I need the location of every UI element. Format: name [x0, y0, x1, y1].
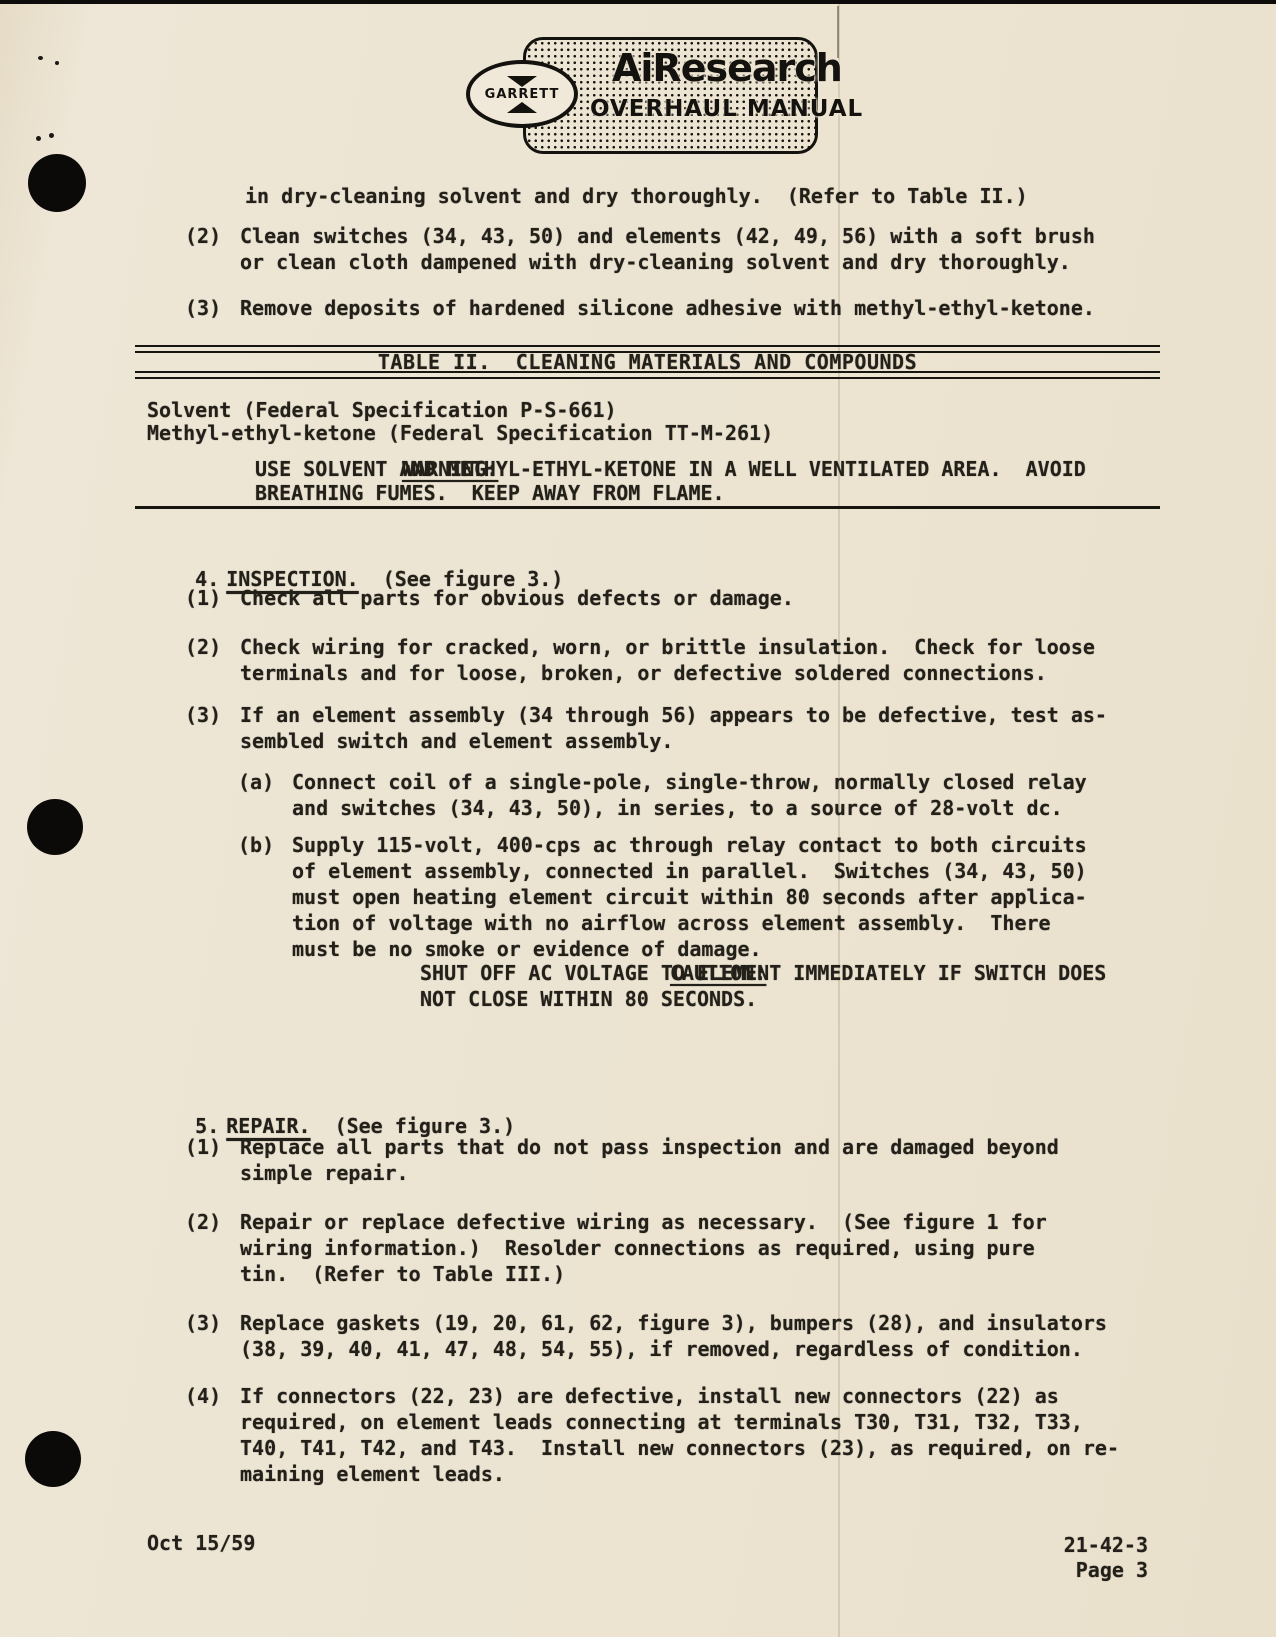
item-marker: (2): [185, 634, 221, 660]
item-marker: (1): [185, 1134, 221, 1160]
manual-page-scan: AiResearch OVERHAUL MANUAL GARRETT in dr…: [0, 0, 1276, 1637]
item-marker: (1): [185, 585, 221, 611]
footer-date: Oct 15/59: [147, 1530, 255, 1556]
item-marker: (2): [185, 1209, 221, 1235]
garrett-label: GARRETT: [485, 88, 560, 101]
table-row: Methyl-ethyl-ketone (Federal Specificati…: [147, 420, 773, 446]
list-item: (2) Check wiring for cracked, worn, or b…: [0, 634, 1276, 686]
item-marker: (2): [185, 223, 221, 249]
ink-speck: [55, 61, 59, 65]
ink-speck: [36, 136, 41, 141]
garrett-emblem: GARRETT: [466, 60, 578, 128]
list-item: (2) Clean switches (34, 43, 50) and elem…: [0, 223, 1276, 275]
footer-code: 21-42-3: [1064, 1532, 1148, 1558]
caution-label: CAUTION:: [670, 960, 766, 986]
list-item: (1) Replace all parts that do not pass i…: [0, 1134, 1276, 1186]
warning-label: WARNING:: [402, 457, 498, 481]
scan-top-edge: [0, 0, 1276, 4]
list-item: (3) If an element assembly (34 through 5…: [0, 702, 1276, 754]
table-rule-bottom: [135, 506, 1160, 509]
paragraph-continuation: in dry-cleaning solvent and dry thorough…: [0, 183, 1276, 209]
sub-list-item: (a) Connect coil of a single-pole, singl…: [0, 769, 1276, 821]
table-rule-mid: [135, 371, 1160, 379]
item-marker: (3): [185, 702, 221, 728]
item-marker: (3): [185, 295, 221, 321]
triangle-up-icon: [507, 102, 537, 113]
ink-speck: [38, 56, 43, 60]
triangle-down-icon: [507, 76, 537, 87]
logo-subtitle-text: OVERHAUL MANUAL: [590, 96, 863, 122]
item-marker: (4): [185, 1383, 221, 1409]
list-item: (3) Replace gaskets (19, 20, 61, 62, fig…: [0, 1310, 1276, 1362]
item-marker: (3): [185, 1310, 221, 1336]
logo-brand-text: AiResearch: [612, 46, 842, 90]
list-item: (3) Remove deposits of hardened silicone…: [0, 295, 1276, 321]
caution-block: CAUTION: SHUT OFF AC VOLTAGE TO ELEMENT …: [0, 960, 1276, 1012]
list-item: (1) Check all parts for obvious defects …: [0, 585, 1276, 611]
list-item: (2) Repair or replace defective wiring a…: [0, 1209, 1276, 1287]
ink-speck: [49, 133, 54, 138]
item-marker: (a): [238, 769, 274, 795]
sub-list-item: (b) Supply 115-volt, 400-cps ac through …: [0, 832, 1276, 962]
footer-page-number: Page 3: [1076, 1557, 1148, 1583]
item-marker: (b): [238, 832, 274, 858]
warning-block: WARNING: USE SOLVENT AND METHYL-ETHYL-KE…: [0, 457, 1276, 505]
list-item: (4) If connectors (22, 23) are defective…: [0, 1383, 1276, 1487]
